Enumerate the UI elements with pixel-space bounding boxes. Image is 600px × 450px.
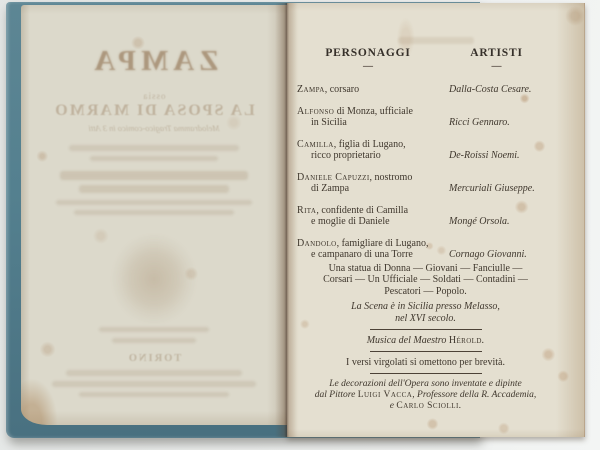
decorations-line3-suffix: . — [459, 401, 461, 411]
header-artisti: ARTISTI — [439, 47, 554, 59]
chorus-line: Corsari — Un Ufficiale — Soldati — Conta… — [297, 274, 554, 286]
column-headers: PERSONAGGI ARTISTI — [297, 47, 554, 59]
header-rule-right: — — [439, 61, 554, 72]
artist-name: Mongé Orsola. — [439, 216, 554, 228]
bleedthrough-smudge — [66, 370, 242, 376]
left-page: ZAMPA ossia LA SPOSA DI MARMO Melodramma… — [21, 5, 287, 425]
character-desc: , figlia di Lugano, — [334, 139, 406, 150]
bleedthrough-smudge — [74, 210, 234, 215]
artist-name: Dalla-Costa Cesare. — [439, 84, 554, 96]
character-desc: , nostromo — [370, 172, 413, 183]
character-desc-line2: e campanaro di una Torre — [297, 249, 439, 261]
bleedthrough-smudge — [90, 156, 218, 161]
character-name: Alfonso — [297, 106, 334, 117]
header-rule-left: — — [297, 61, 439, 72]
bleedthrough-city: TORINO — [127, 353, 181, 364]
character-desc-line2: ricco proprietario — [297, 150, 439, 162]
decorations-line2-suffix: , Professore della R. Accademia, — [412, 390, 536, 400]
chorus-line: Una statua di Donna — Giovani — Fanciull… — [297, 263, 554, 275]
cast-row: Rita, confidente di Camillae moglie di D… — [297, 205, 554, 228]
verses-note: I versi virgolati si omettono per brevit… — [297, 357, 554, 368]
bleedthrough-subtitle: LA SPOSA DI MARMO — [53, 102, 255, 120]
character-cell: Daniele Capuzzi, nostromodi Zampa — [297, 172, 439, 195]
bleedthrough-smudge — [112, 338, 196, 343]
scene-note-line: La Scena è in Sicilia presso Melasso, — [297, 301, 554, 313]
character-name: Rita — [297, 205, 316, 216]
artist-name: De-Roissi Noemi. — [439, 150, 554, 162]
painter-name: Luigi Vacca — [358, 390, 413, 400]
bleedthrough-smudge — [60, 171, 248, 180]
character-desc: , confidente di Camilla — [316, 205, 408, 216]
header-personaggi: PERSONAGGI — [297, 47, 439, 59]
scene-note: La Scena è in Sicilia presso Melasso, ne… — [297, 301, 554, 324]
decorations-line3-prefix: e — [390, 401, 394, 411]
decorations-line2: dal Pittore Luigi Vacca, Professore dell… — [297, 390, 554, 401]
decorations-line2-prefix: dal Pittore — [315, 390, 356, 400]
character-desc-line2: di Zampa — [297, 183, 439, 195]
bleedthrough-genre: Melodramma Tragico-comico in 3 Atti — [88, 123, 219, 133]
decorations-line3: e Carlo Sciolli. — [297, 401, 554, 412]
separator-rule — [370, 373, 482, 374]
bleedthrough-title: ZAMPA — [89, 45, 218, 78]
cast-row: Dandolo, famigliare di Lugano,e campanar… — [297, 238, 554, 261]
cast-row: Daniele Capuzzi, nostromodi Zampa Mercur… — [297, 172, 554, 195]
bleedthrough-smudge — [52, 381, 256, 387]
music-credit-suffix: . — [482, 335, 485, 346]
photo-of-open-libretto: ZAMPA ossia LA SPOSA DI MARMO Melodramma… — [0, 0, 600, 450]
character-cell: Dandolo, famigliare di Lugano,e campanar… — [297, 238, 439, 261]
scene-note-line: nel XVI secolo. — [297, 313, 554, 325]
header-rules: — — — [297, 61, 554, 72]
bleedthrough-smudge — [79, 185, 229, 193]
separator-rule — [370, 351, 482, 352]
cast-page-content: PERSONAGGI ARTISTI — — Zampa, corsaro Da… — [287, 3, 584, 437]
artist-name: Mercuriali Giuseppe. — [439, 183, 554, 195]
character-name: Camilla — [297, 139, 334, 150]
character-desc: , corsaro — [325, 84, 359, 95]
character-name: Daniele Capuzzi — [297, 172, 370, 183]
bleedthrough-layer: ZAMPA ossia LA SPOSA DI MARMO Melodramma… — [21, 5, 287, 425]
bleedthrough-smudge — [79, 392, 229, 397]
cast-row: Alfonso di Monza, ufficialein Sicilia Ri… — [297, 106, 554, 129]
bleedthrough-smudge — [69, 145, 239, 151]
character-cell: Camilla, figlia di Lugano,ricco propriet… — [297, 139, 439, 162]
character-desc-line2: in Sicilia — [297, 117, 439, 129]
character-name: Dandolo — [297, 238, 337, 249]
character-desc-line2: e moglie di Daniele — [297, 216, 439, 228]
book-gutter — [275, 3, 297, 437]
decorations-line1: Le decorazioni dell'Opera sono inventate… — [297, 379, 554, 390]
character-name: Zampa — [297, 84, 325, 95]
bleedthrough-coat-of-arms — [111, 233, 197, 325]
character-cell: Rita, confidente di Camillae moglie di D… — [297, 205, 439, 228]
cast-row: Zampa, corsaro Dalla-Costa Cesare. — [297, 84, 554, 96]
character-cell: Alfonso di Monza, ufficialein Sicilia — [297, 106, 439, 129]
character-desc: di Monza, ufficiale — [334, 106, 413, 117]
bleedthrough-ossia: ossia — [143, 91, 166, 101]
character-cell: Zampa, corsaro — [297, 84, 439, 96]
painter-name: Carlo Sciolli — [396, 401, 459, 411]
cast-row: Camilla, figlia di Lugano,ricco propriet… — [297, 139, 554, 162]
artist-name: Cornago Giovanni. — [439, 249, 554, 261]
bleedthrough-smudge — [99, 327, 209, 332]
composer-name: Hérold — [449, 335, 482, 346]
character-desc: , famigliare di Lugano, — [337, 238, 429, 249]
chorus-listing: Una statua di Donna — Giovani — Fanciull… — [297, 263, 554, 298]
right-page: PERSONAGGI ARTISTI — — Zampa, corsaro Da… — [287, 3, 585, 437]
artist-name: Ricci Gennaro. — [439, 117, 554, 129]
music-credit-prefix: Musica del Maestro — [367, 335, 447, 346]
decorations-credit: Le decorazioni dell'Opera sono inventate… — [297, 379, 554, 412]
chorus-line: Pescatori — Popolo. — [297, 286, 554, 298]
music-credit: Musica del Maestro Hérold. — [297, 335, 554, 346]
separator-rule — [370, 329, 482, 330]
bleedthrough-smudge — [56, 200, 252, 205]
